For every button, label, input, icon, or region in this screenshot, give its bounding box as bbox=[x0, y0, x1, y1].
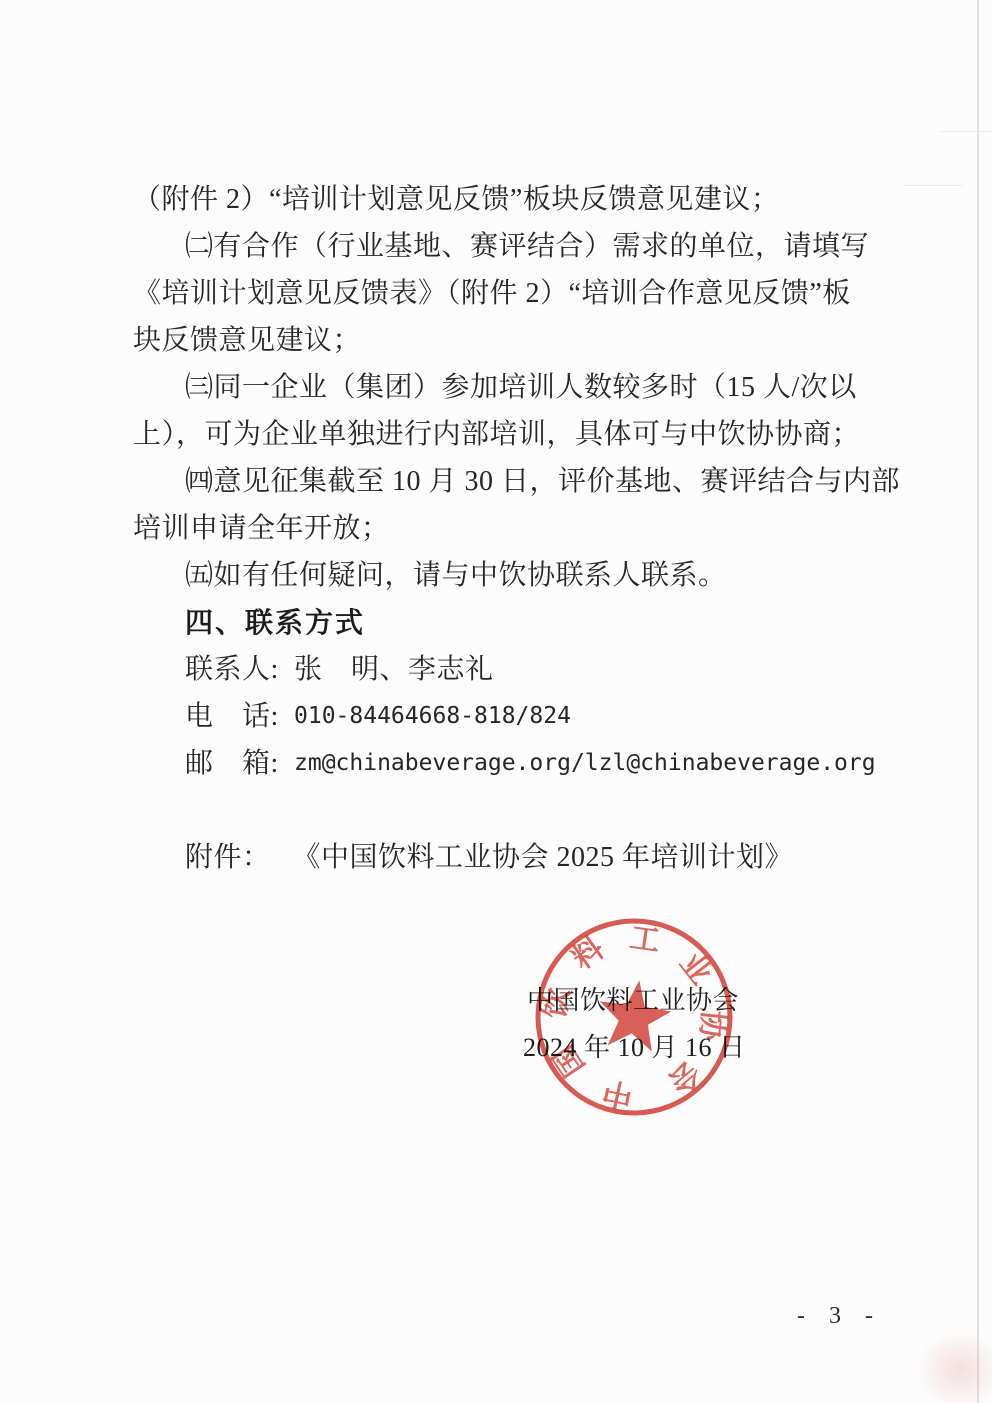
contact-value: zm@chinabeverage.org/lzl@chinabeverage.o… bbox=[294, 740, 876, 787]
body-line: 《培训计划意见反馈表》（附件 2）“培训合作意见反馈”板 bbox=[133, 270, 873, 317]
seal-char: 饮 bbox=[538, 986, 576, 1021]
seal-char: 会 bbox=[662, 1054, 706, 1099]
contact-label: 邮 箱: bbox=[185, 740, 294, 787]
body-line: 块反馈意见建议； bbox=[133, 317, 873, 364]
attachment-title: 《中国饮料工业协会 2025 年培训计划》 bbox=[293, 834, 794, 881]
section-heading: 四、联系方式 bbox=[133, 599, 873, 646]
seal-char: 中 bbox=[600, 1074, 636, 1113]
contact-label: 联系人: bbox=[185, 646, 294, 693]
body-line: ㈢同一企业（集团）参加培训人数较多时（15 人/次以 bbox=[133, 364, 873, 411]
body-line: ㈣意见征集截至 10 月 30 日，评价基地、赛评结合与内部 bbox=[133, 458, 873, 505]
contact-label: 电 话: bbox=[185, 693, 294, 740]
seal-char: 业 bbox=[673, 947, 717, 991]
contact-value: 张 明、李志礼 bbox=[294, 646, 494, 693]
official-seal: 中 国 饮 料 工 业 协 会 bbox=[534, 917, 734, 1117]
scan-artifact-line bbox=[940, 131, 992, 132]
body-line: 上），可为企业单独进行内部培训，具体可与中饮协协商； bbox=[133, 411, 873, 458]
scan-artifact-line bbox=[903, 185, 963, 186]
body-line: ㈤如有任何疑问，请与中饮协联系人联系。 bbox=[133, 552, 873, 599]
body-line: ㈡有合作（行业基地、赛评结合）需求的单位，请填写 bbox=[133, 223, 873, 270]
contact-row: 邮 箱: zm@chinabeverage.org/lzl@chinabever… bbox=[133, 740, 873, 787]
contact-row: 联系人: 张 明、李志礼 bbox=[133, 646, 873, 693]
seal-char: 工 bbox=[628, 921, 662, 958]
seal-char: 料 bbox=[566, 932, 610, 976]
contact-row: 电 话: 010-84464668-818/824 bbox=[133, 693, 873, 740]
seal-char: 协 bbox=[693, 1009, 729, 1043]
seal-char: 国 bbox=[547, 1039, 591, 1082]
contact-value: 010-84464668-818/824 bbox=[294, 693, 571, 740]
ink-bleed-smudge bbox=[915, 1330, 992, 1403]
body-line: （附件 2）“培训计划意见反馈”板块反馈意见建议； bbox=[133, 176, 873, 223]
page-number: - 3 - bbox=[797, 1303, 882, 1330]
blank-line bbox=[133, 787, 873, 834]
seal-star-icon bbox=[594, 975, 675, 1053]
attachment-label: 附件： bbox=[185, 834, 271, 881]
attachment-line: 附件： 《中国饮料工业协会 2025 年培训计划》 bbox=[133, 834, 873, 881]
body-line: 培训申请全年开放； bbox=[133, 505, 873, 552]
page-edge-line bbox=[977, 0, 979, 1403]
document-body: （附件 2）“培训计划意见反馈”板块反馈意见建议； ㈡有合作（行业基地、赛评结合… bbox=[133, 176, 873, 881]
